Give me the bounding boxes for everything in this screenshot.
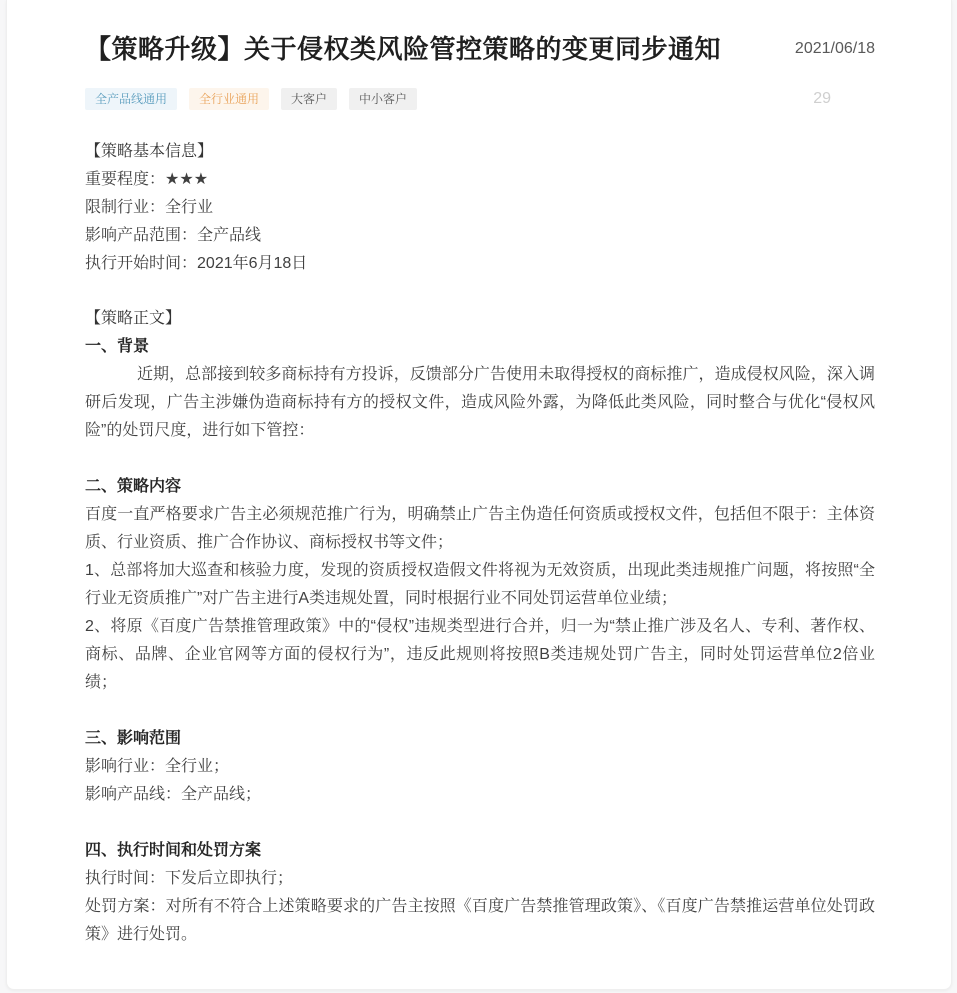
- view-count: 29: [813, 90, 875, 108]
- tag-all-product-lines: 全产品线通用: [85, 88, 177, 110]
- publish-date: 2021/06/18: [795, 32, 875, 58]
- paragraph: 影响产品线：全产品线；: [85, 781, 875, 809]
- info-value: 全产品线: [197, 227, 261, 244]
- info-label: 限制行业：: [85, 199, 165, 216]
- info-label: 影响产品范围：: [85, 227, 197, 244]
- section-title: 一、背景: [85, 333, 875, 361]
- paragraph: 处罚方案：对所有不符合上述策略要求的广告主按照《百度广告禁推管理政策》、《百度广…: [85, 893, 875, 949]
- info-value: 2021年6月18日: [197, 255, 307, 272]
- tag-key-accounts: 大客户: [281, 88, 337, 110]
- info-label: 重要程度：: [85, 171, 165, 188]
- info-item-product-scope: 影响产品范围：全产品线: [85, 222, 875, 250]
- info-item-start-time: 执行开始时间：2021年6月18日: [85, 250, 875, 278]
- section-background: 一、背景 近期，总部接到较多商标持有方投诉，反馈部分广告使用未取得授权的商标推广…: [85, 333, 875, 445]
- info-label: 执行开始时间：: [85, 255, 197, 272]
- notice-card: 【策略升级】关于侵权类风险管控策略的变更同步通知 2021/06/18 全产品线…: [6, 0, 952, 990]
- info-item-importance: 重要程度：★★★: [85, 166, 875, 194]
- section-policy-content: 二、策略内容 百度一直严格要求广告主必须规范推广行为，明确禁止广告主伪造任何资质…: [85, 473, 875, 697]
- policy-body-heading: 【策略正文】: [85, 305, 875, 333]
- doc-content: 【策略基本信息】 重要程度：★★★ 限制行业：全行业 影响产品范围：全产品线 执…: [85, 138, 875, 949]
- paragraph: 影响行业：全行业；: [85, 753, 875, 781]
- section-impact-scope: 三、影响范围 影响行业：全行业； 影响产品线：全产品线；: [85, 725, 875, 809]
- meta-row: 全产品线通用 全行业通用 大客户 中小客户 29: [85, 88, 875, 110]
- paragraph-item-1: 1、总部将加大巡查和核验力度，发现的资质授权造假文件将视为无效资质，出现此类违规…: [85, 557, 875, 613]
- info-item-restricted-industry: 限制行业：全行业: [85, 194, 875, 222]
- doc-header: 【策略升级】关于侵权类风险管控策略的变更同步通知 2021/06/18: [85, 32, 875, 66]
- section-title: 二、策略内容: [85, 473, 875, 501]
- tag-list: 全产品线通用 全行业通用 大客户 中小客户: [85, 88, 417, 110]
- paragraph: 近期，总部接到较多商标持有方投诉，反馈部分广告使用未取得授权的商标推广，造成侵权…: [85, 361, 875, 445]
- policy-body-block: 【策略正文】 一、背景 近期，总部接到较多商标持有方投诉，反馈部分广告使用未取得…: [85, 305, 875, 949]
- paragraph: 执行时间：下发后立即执行；: [85, 865, 875, 893]
- page-title: 【策略升级】关于侵权类风险管控策略的变更同步通知: [85, 32, 721, 66]
- section-title: 四、执行时间和处罚方案: [85, 837, 875, 865]
- basic-info-block: 【策略基本信息】 重要程度：★★★ 限制行业：全行业 影响产品范围：全产品线 执…: [85, 138, 875, 278]
- section-execution-penalty: 四、执行时间和处罚方案 执行时间：下发后立即执行； 处罚方案：对所有不符合上述策…: [85, 837, 875, 949]
- tag-sme-accounts: 中小客户: [349, 88, 417, 110]
- paragraph: 百度一直严格要求广告主必须规范推广行为，明确禁止广告主伪造任何资质或授权文件，包…: [85, 501, 875, 557]
- paragraph-item-2: 2、将原《百度广告禁推管理政策》中的“侵权”违规类型进行合并，归一为“禁止推广涉…: [85, 613, 875, 697]
- importance-stars: ★★★: [165, 171, 208, 188]
- tag-all-industries: 全行业通用: [189, 88, 269, 110]
- info-value: 全行业: [165, 199, 213, 216]
- section-title: 三、影响范围: [85, 725, 875, 753]
- basic-info-heading: 【策略基本信息】: [85, 138, 875, 166]
